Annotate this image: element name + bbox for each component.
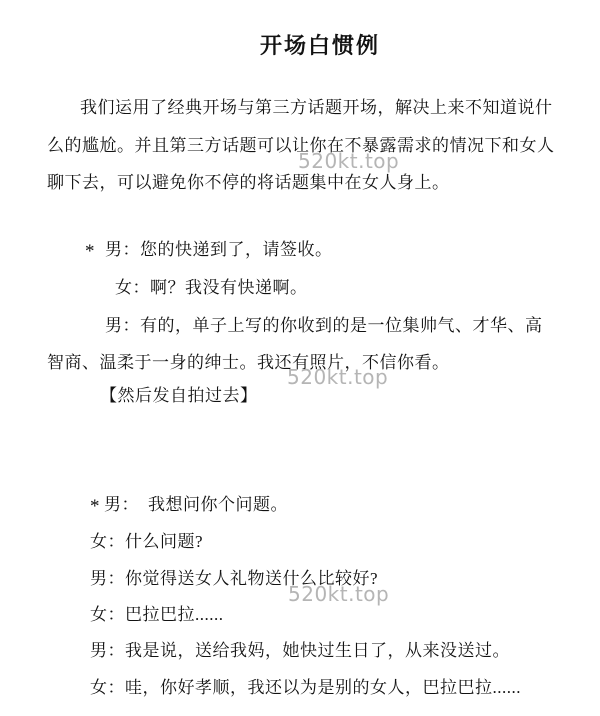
intro-line-1: 我们运用了经典开场与第三方话题开场，解决上来不知道说什 [80, 99, 553, 116]
dialogue1-line-2: 女：啊？我没有快递啊。 [115, 279, 308, 296]
watermark-1: 520kt.top [298, 151, 399, 171]
dialogue1-line-5: 【然后发自拍过去】 [100, 387, 258, 404]
document-title: 开场白惯例 [0, 29, 600, 60]
watermark-2: 520kt.top [287, 367, 388, 387]
dialogue2-line-5: 男：我是说，送给我妈，她快过生日了，从来没送过。 [90, 642, 510, 659]
dialogue2-line-6: 女：哇，你好孝顺，我还以为是别的女人，巴拉巴拉...... [90, 679, 521, 696]
dialogue2-line-1: 男： 我想问你个问题。 [104, 496, 288, 513]
bullet-asterisk-1: * [85, 242, 95, 261]
dialogue1-line-4: 智商、温柔于一身的绅士。我还有照片，不信你看。 [47, 354, 450, 371]
dialogue2-line-2: 女：什么问题? [90, 533, 203, 550]
dialogue2-line-4: 女：巴拉巴拉...... [90, 606, 224, 623]
dialogue1-line-3: 男：有的，单子上写的你收到的是一位集帅气、才华、高 [105, 317, 543, 334]
bullet-asterisk-2: * [90, 497, 100, 516]
document-page: 开场白惯例 我们运用了经典开场与第三方话题开场，解决上来不知道说什 么的尴尬。并… [0, 0, 600, 716]
dialogue1-line-1: 男：您的快递到了，请签收。 [105, 241, 333, 258]
intro-line-3: 聊下去，可以避免你不停的将话题集中在女人身上。 [47, 174, 450, 191]
watermark-3: 520kt.top [288, 584, 389, 604]
